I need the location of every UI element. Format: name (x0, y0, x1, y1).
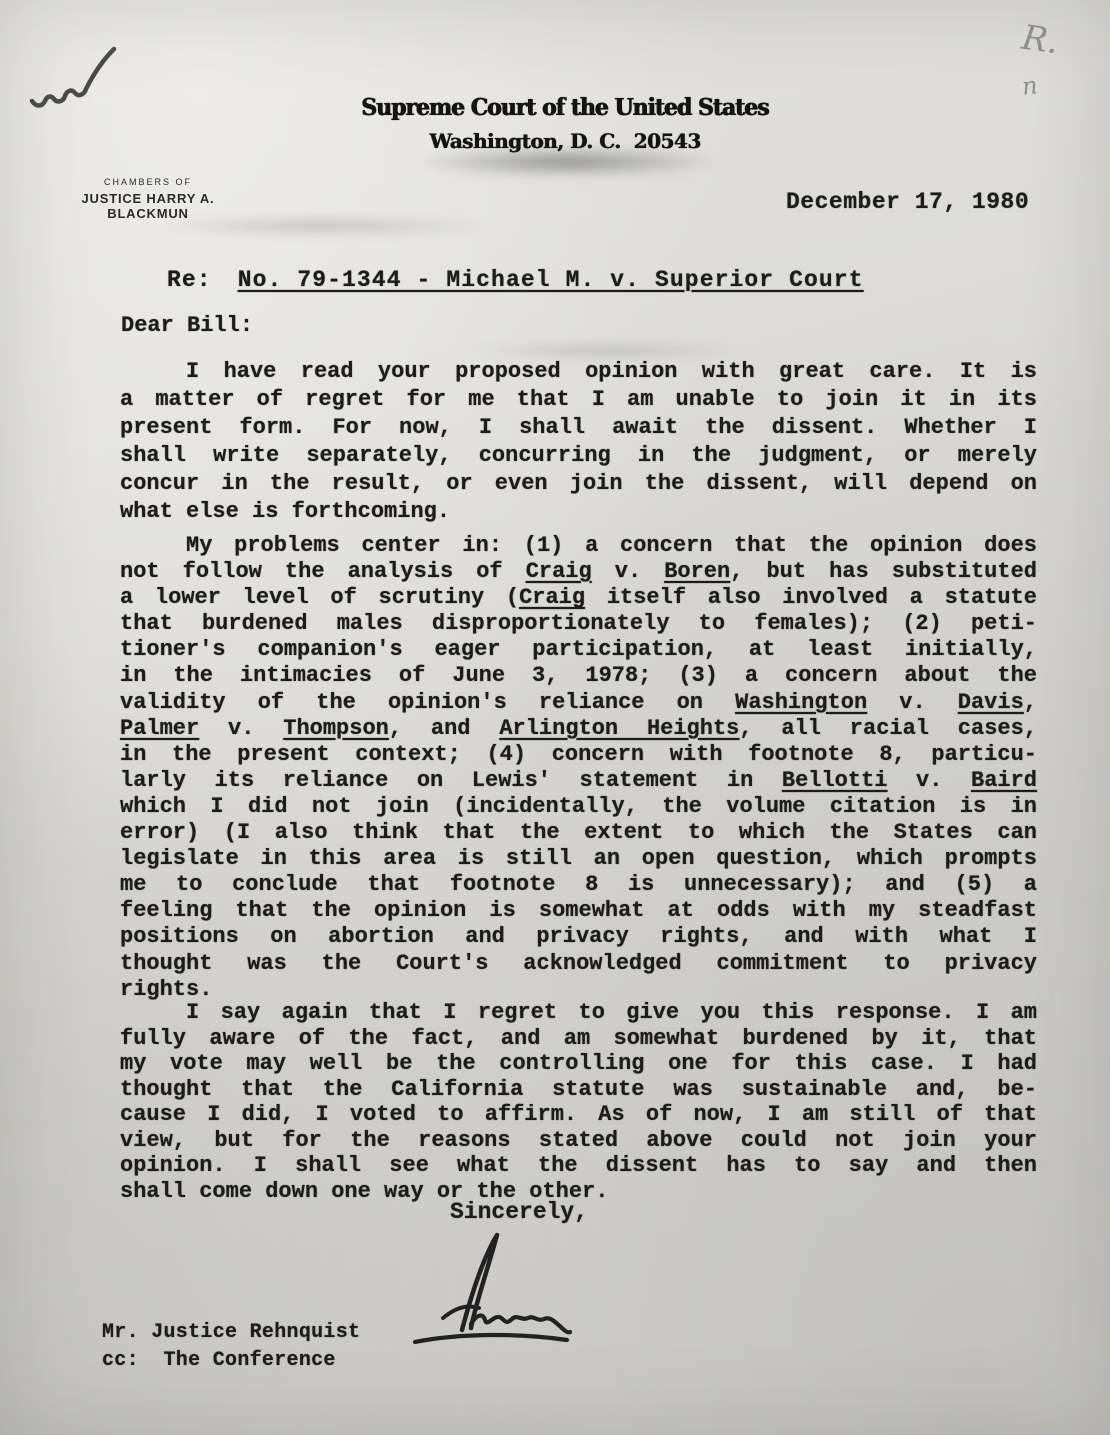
body-line: fully aware of the fact, and am somewhat… (120, 1026, 1037, 1052)
case-name-underlined: Bellotti (782, 768, 888, 793)
signature-underline (415, 1335, 567, 1342)
case-name-underlined: Washington (735, 690, 867, 715)
paragraph: I have read your proposed opinion with g… (120, 358, 1037, 526)
paragraph: I say again that I regret to give you th… (120, 1000, 1037, 1204)
body-text: in the intimacies of June 3, 1978; (3) a… (120, 663, 1037, 688)
case-name-underlined: Thompson (283, 716, 389, 741)
body-line: cause I did, I voted to affirm. As of no… (120, 1102, 1037, 1128)
body-line: I say again that I regret to give you th… (120, 1000, 1037, 1026)
body-line: thought was the Court's acknowledged com… (120, 951, 1037, 977)
body-text: fully aware of the fact, and am somewhat… (120, 1026, 1037, 1051)
body-text: shall write separately, concurring in th… (120, 443, 1037, 468)
body-text: legislate in this area is still an open … (120, 846, 1037, 871)
body-line: shall write separately, concurring in th… (120, 442, 1037, 470)
body-line: My problems center in: (1) a concern tha… (120, 533, 1037, 559)
case-name-underlined: Arlington Heights (499, 716, 739, 741)
body-line: thought that the California statute was … (120, 1077, 1037, 1103)
body-text: present form. For now, I shall await the… (120, 415, 1037, 440)
body-line: a lower level of scrutiny (Craig itself … (120, 585, 1037, 611)
body-text: feeling that the opinion is somewhat at … (120, 898, 1037, 923)
body-text: positions on abortion and privacy rights… (120, 924, 1037, 949)
paragraph: My problems center in: (1) a concern tha… (120, 533, 1037, 1003)
body-text: me to conclude that footnote 8 is unnece… (120, 872, 1037, 897)
body-text: not follow the analysis of (120, 559, 526, 584)
body-line: view, but for the reasons stated above c… (120, 1128, 1037, 1154)
chambers-label: CHAMBERS OF (40, 177, 256, 187)
body-text: thought was the Court's acknowledged com… (120, 951, 1037, 976)
body-line: rights. (120, 977, 1037, 1003)
letterhead: Supreme Court of the United States Washi… (20, 94, 1110, 153)
body-line: concur in the result, or even join the d… (120, 470, 1037, 498)
cc-line: cc: The Conference (102, 1349, 336, 1372)
body-line: which I did not join (incidentally, the … (120, 794, 1037, 820)
body-text: that burdened males disproportionately t… (120, 611, 1037, 636)
body-line: error) (I also think that the extent to … (120, 820, 1037, 846)
body-text: a matter of regret for me that I am unab… (120, 387, 1037, 412)
body-line: me to conclude that footnote 8 is unnece… (120, 872, 1037, 898)
body-line: positions on abortion and privacy rights… (120, 924, 1037, 950)
corner-note-r: R. (1019, 18, 1061, 63)
body-text: My problems center in: (1) a concern tha… (186, 533, 1037, 558)
body-text: itself also involved a statute (585, 585, 1037, 610)
body-text: my vote may well be the controlling one … (120, 1051, 1037, 1076)
body-text: , but has substituted (730, 559, 1037, 584)
body-text: thought that the California statute was … (120, 1077, 1037, 1102)
body-text: v. (867, 690, 958, 715)
bleedthrough-smudge (468, 342, 742, 359)
body-text: , and (389, 716, 499, 741)
body-text: rights. (120, 977, 212, 1002)
body-line: I have read your proposed opinion with g… (120, 358, 1037, 386)
body-text: view, but for the reasons stated above c… (120, 1128, 1037, 1153)
body-line: legislate in this area is still an open … (120, 846, 1037, 872)
body-text: I have read your proposed opinion with g… (186, 359, 1037, 384)
body-line: present form. For now, I shall await the… (120, 414, 1037, 442)
body-text: error) (I also think that the extent to … (120, 820, 1037, 845)
letterhead-court-name: Supreme Court of the United States (47, 94, 1083, 121)
body-text: , all racial cases, (739, 716, 1037, 741)
case-name-underlined: Boren (664, 559, 730, 584)
body-text: opinion. I shall see what the dissent ha… (120, 1153, 1037, 1178)
body-line: a matter of regret for me that I am unab… (120, 386, 1037, 414)
body-line: validity of the opinion's reliance on Wa… (120, 690, 1037, 716)
case-name-underlined: Palmer (120, 716, 199, 741)
body-line: that burdened males disproportionately t… (120, 611, 1037, 637)
case-name-underlined: Craig (526, 559, 592, 584)
signature-scrawl (471, 1315, 570, 1332)
re-case-citation: No. 79-1344 - Michael M. v. Superior Cou… (238, 267, 864, 293)
body-line: Palmer v. Thompson, and Arlington Height… (120, 716, 1037, 742)
body-line: feeling that the opinion is somewhat at … (120, 898, 1037, 924)
body-text: a lower level of scrutiny ( (120, 585, 519, 610)
chambers-block: CHAMBERS OF JUSTICE HARRY A. BLACKMUN (40, 177, 256, 221)
case-name-underlined: Davis (958, 690, 1024, 715)
body-text: I say again that I regret to give you th… (186, 1000, 1037, 1025)
body-text: v. (592, 559, 665, 584)
body-line: in the intimacies of June 3, 1978; (3) a… (120, 663, 1037, 689)
signature-harry (405, 1230, 585, 1350)
body-line: in the present context; (4) concern with… (120, 742, 1037, 768)
body-line: not follow the analysis of Craig v. Bore… (120, 559, 1037, 585)
letter-page: R. n Supreme Court of the United States … (0, 0, 1110, 1435)
body-line: opinion. I shall see what the dissent ha… (120, 1153, 1037, 1179)
body-text: v. (888, 768, 972, 793)
body-line: what else is forthcoming. (120, 498, 1037, 526)
body-text: concur in the result, or even join the d… (120, 471, 1037, 496)
body-text: tioner's companion's eager participation… (120, 637, 1037, 662)
body-text: what else is forthcoming. (120, 499, 450, 524)
chambers-ghost-smudge (150, 216, 490, 236)
closing: Sincerely, (450, 1199, 588, 1225)
body-line: larly its reliance on Lewis' statement i… (120, 768, 1037, 794)
body-text: in the present context; (4) concern with… (120, 742, 1037, 767)
body-text: , (1024, 690, 1037, 715)
recipient-name: Mr. Justice Rehnquist (102, 1321, 360, 1344)
body-text: cause I did, I voted to affirm. As of no… (120, 1102, 1037, 1127)
body-text: larly its reliance on Lewis' statement i… (120, 768, 782, 793)
re-line: Re:No. 79-1344 - Michael M. v. Superior … (167, 267, 864, 293)
re-prefix: Re: (167, 267, 212, 293)
letterhead-ghost-smudge (412, 146, 724, 178)
body-line: tioner's companion's eager participation… (120, 637, 1037, 663)
body-line: my vote may well be the controlling one … (120, 1051, 1037, 1077)
case-name-underlined: Craig (519, 585, 585, 610)
body-text: which I did not join (incidentally, the … (120, 794, 1037, 819)
body-text: v. (199, 716, 283, 741)
case-name-underlined: Baird (971, 768, 1037, 793)
body-text: validity of the opinion's reliance on (120, 690, 735, 715)
salutation: Dear Bill: (121, 313, 253, 338)
date-text: December 17, 1980 (786, 189, 1029, 215)
